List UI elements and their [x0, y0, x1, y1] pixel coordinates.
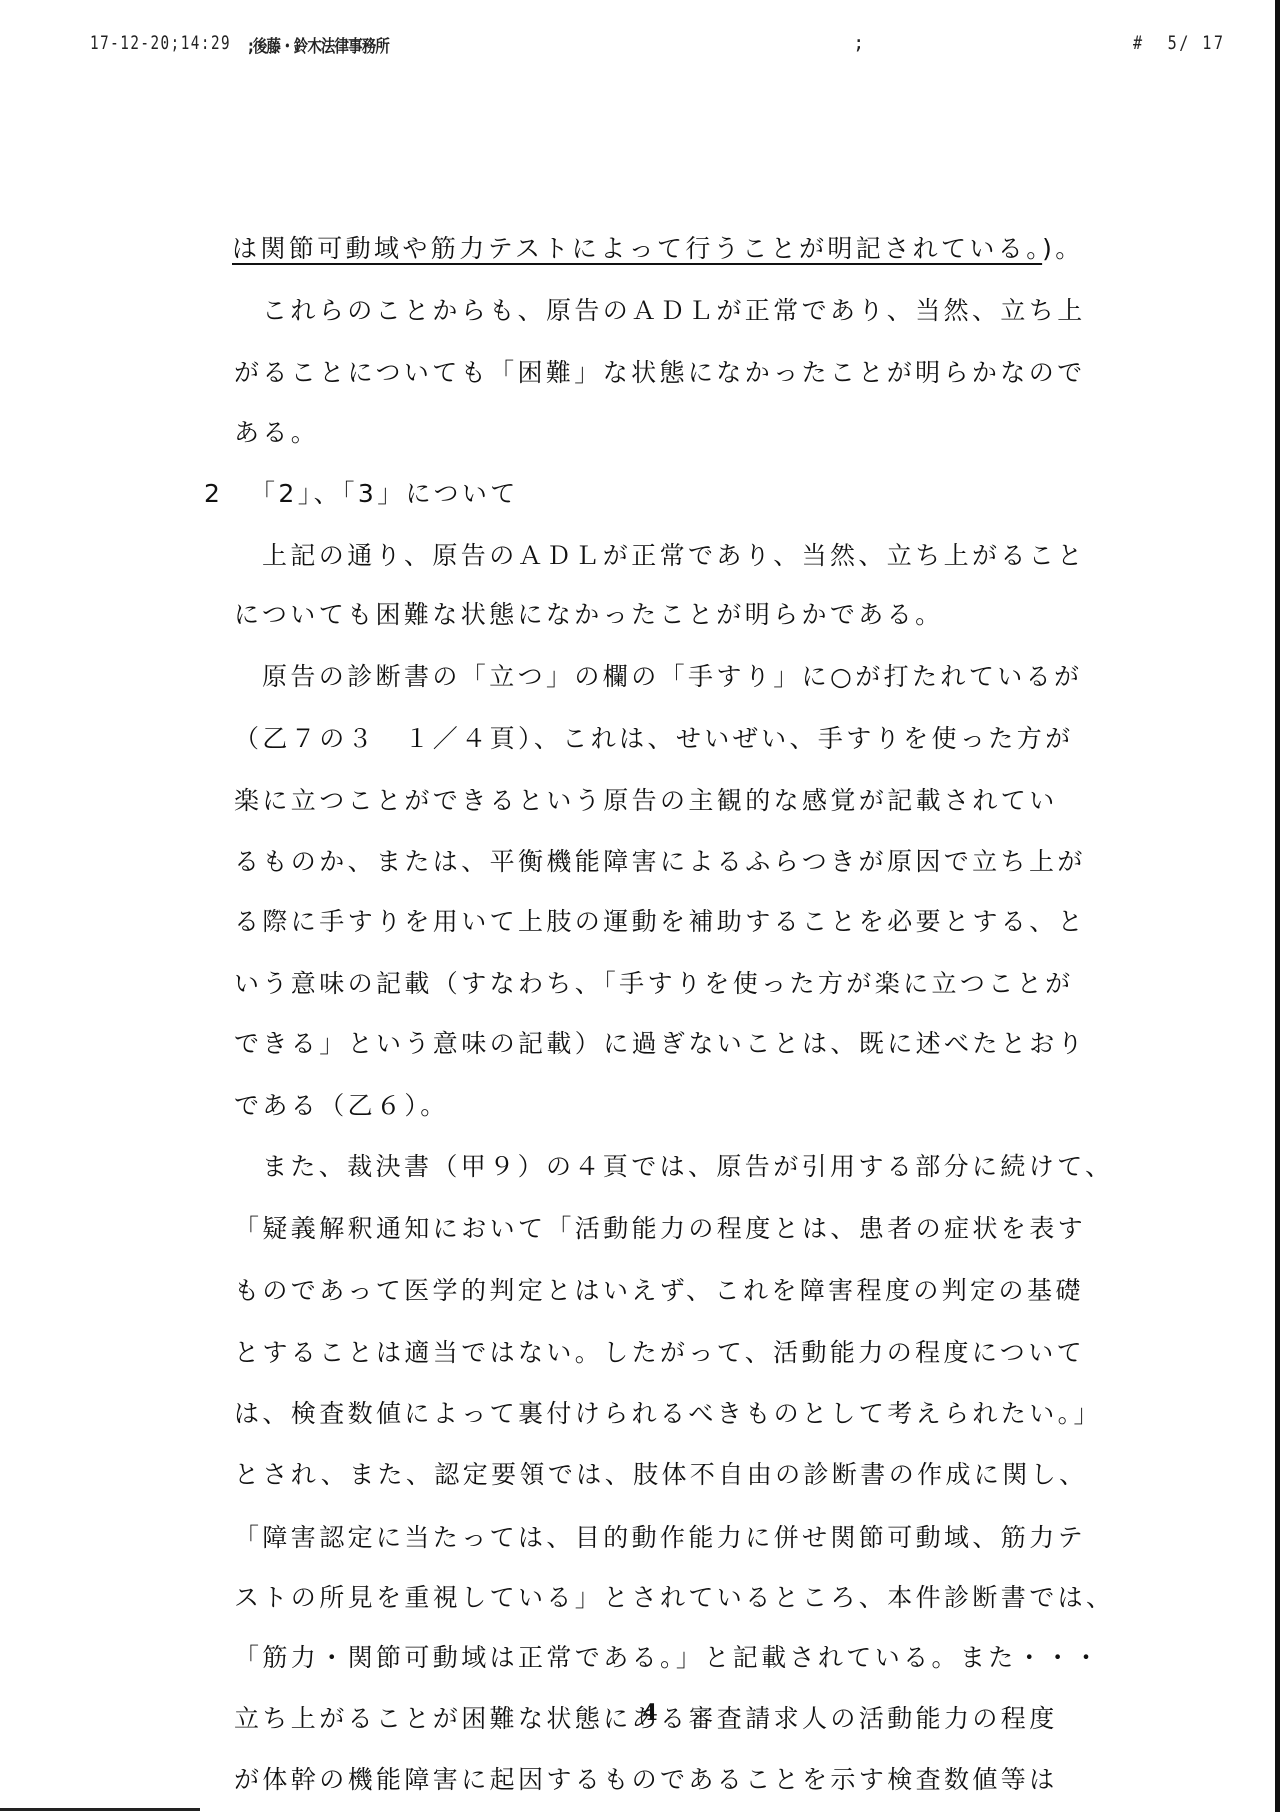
text-line: （乙７の３ １／４頁）、これは、せいぜい、手すりを使った方が [234, 719, 1094, 759]
fax-timestamp: 17-12-20;14:29 [90, 32, 231, 54]
fax-transmission-header: 17-12-20;14:29 ;後藤・鈴木法律事務所 ; # 5/ 17 [0, 28, 1280, 64]
text-line: るものか、または、平衡機能障害によるふらつきが原因で立ち上が [234, 842, 1094, 882]
closing-punctuation: )。 [1042, 234, 1084, 263]
text-line: がることについても「困難」な状態になかったことが明らかなので [234, 353, 1094, 393]
text-line: 「障害認定に当たっては、目的動作能力に併せ関節可動域、筋力テ [234, 1518, 1094, 1558]
bottom-edge-rule [0, 1808, 200, 1811]
text-line: ものであって医学的判定とはいえず、これを障害程度の判定の基礎 [234, 1271, 1094, 1311]
text-line: できる」という意味の記載）に過ぎないことは、既に述べたとおり [234, 1024, 1094, 1064]
text-line: 原告の診断書の「立つ」の欄の「手すり」に○が打たれているが [262, 657, 1122, 697]
text-line: は関節可動域や筋力テストによって行うことが明記されている。)。 [232, 229, 1092, 269]
fax-separator: ; [853, 32, 864, 54]
text-line: いう意味の記載（すなわち、「手すりを使った方が楽に立つことが [234, 964, 1094, 1004]
page-edge-border [1275, 0, 1280, 1812]
text-line: とすることは適当ではない。したがって、活動能力の程度について [234, 1333, 1094, 1373]
section-number: 2 [204, 474, 220, 514]
text-line: 上記の通り、原告のＡＤＬが正常であり、当然、立ち上がること [262, 536, 1122, 576]
text-line: が体幹の機能障害に起因するものであることを示す検査数値等は [234, 1760, 1094, 1800]
text-line: これらのことからも、原告のＡＤＬが正常であり、当然、立ち上 [262, 291, 1122, 331]
underlined-text: は関節可動域や筋力テストによって行うことが明記されている。 [232, 234, 1042, 263]
fax-sender: ;後藤・鈴木法律事務所 [248, 32, 389, 57]
text-line: 楽に立つことができるという原告の主観的な感覚が記載されてい [234, 781, 1094, 821]
text-line: 「筋力・関節可動域は正常である。」と記載されている。また・・・ [234, 1638, 1094, 1678]
text-line: とされ、また、認定要領では、肢体不自由の診断書の作成に関し、 [234, 1455, 1094, 1495]
text-line: についても困難な状態になかったことが明らかである。 [234, 595, 1094, 635]
text-line: ある。 [234, 413, 1094, 453]
text-line: は、検査数値によって裏付けられるべきものとして考えられたい。」 [234, 1394, 1094, 1434]
section-heading: 「2」、「3」について [250, 474, 1110, 514]
fax-page-counter: # 5/ 17 [1133, 32, 1225, 54]
text-line: る際に手すりを用いて上肢の運動を補助することを必要とする、と [234, 902, 1094, 942]
page-number: 4 [10, 1700, 1280, 1726]
text-line: また、裁決書（甲９）の４頁では、原告が引用する部分に続けて、 [262, 1147, 1122, 1187]
text-line: である（乙６）。 [234, 1086, 1094, 1126]
text-line: ストの所見を重視している」とされているところ、本件診断書では、 [234, 1578, 1094, 1618]
text-line: 「疑義解釈通知において「活動能力の程度とは、患者の症状を表す [234, 1209, 1094, 1249]
